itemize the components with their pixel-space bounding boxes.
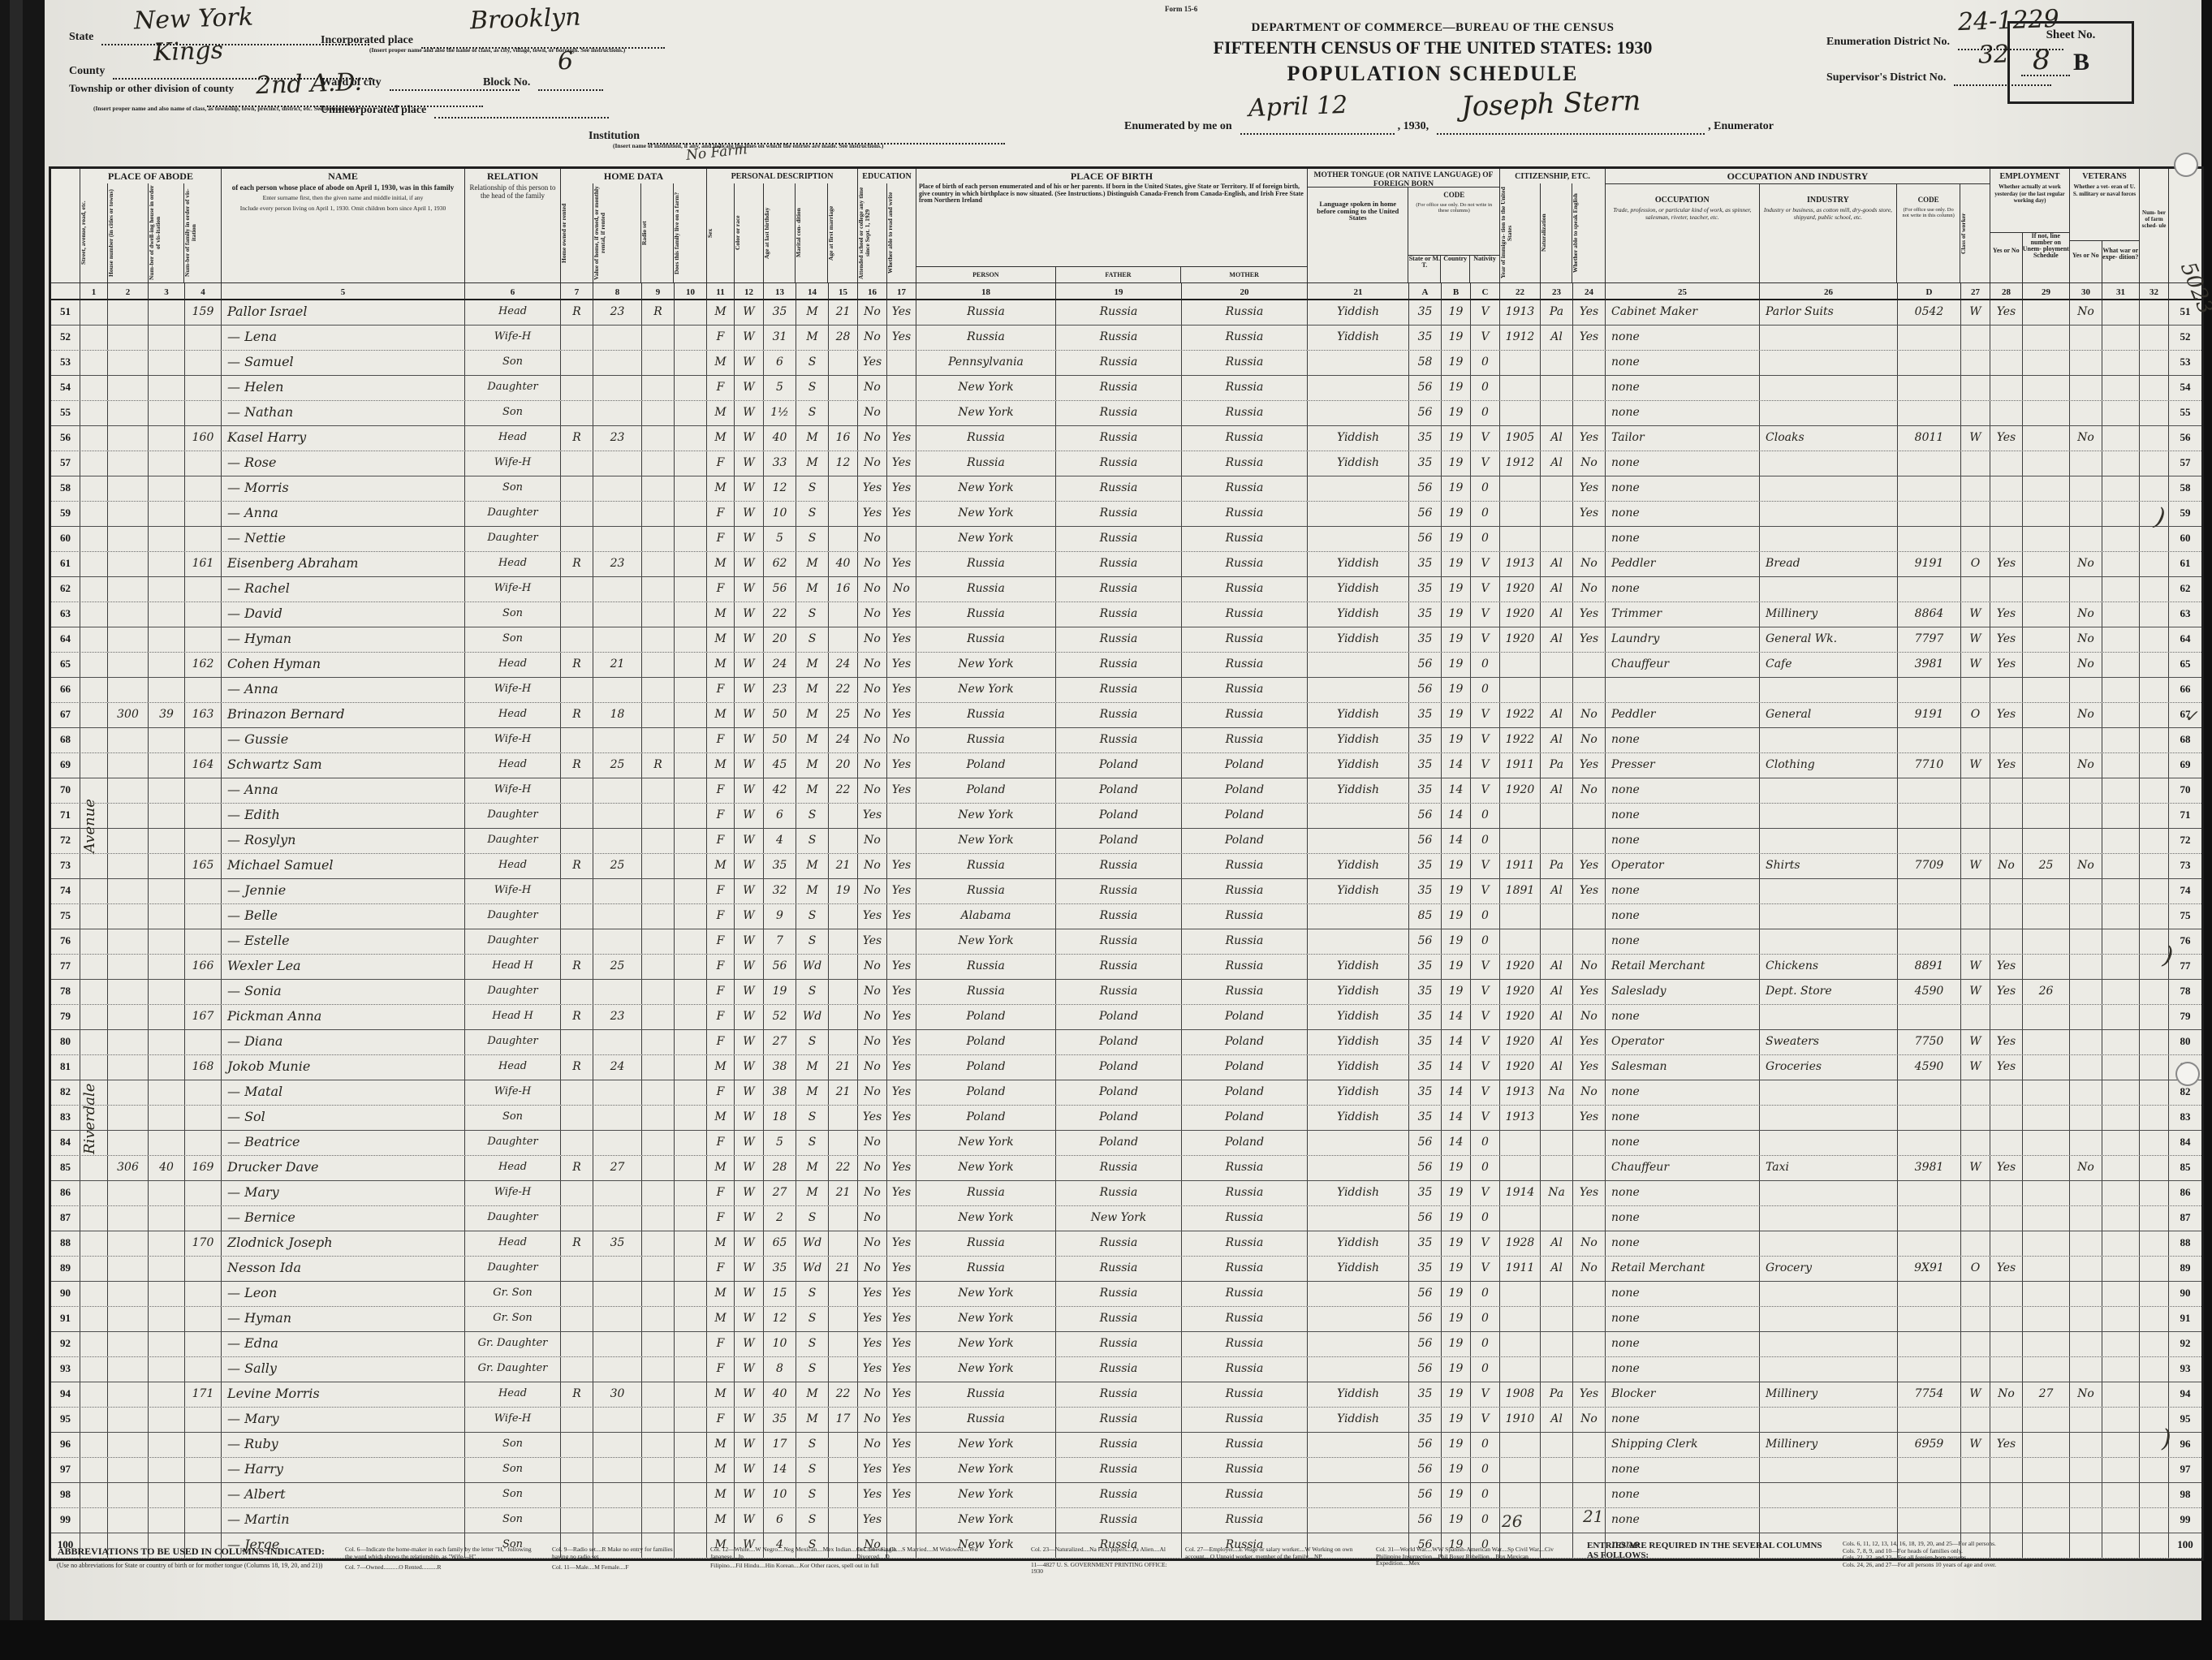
cell-r64-c21: Yiddish: [1308, 627, 1409, 652]
cell-r81-c8: 24: [593, 1055, 642, 1080]
cell-r51-c34: No: [2070, 300, 2102, 325]
cell-r60-c26: [1541, 527, 1573, 551]
cell-r99-c21: [1308, 1508, 1409, 1533]
cell-r85-c3: 40: [149, 1156, 185, 1180]
incorporated-value[interactable]: Brooklyn: [469, 3, 581, 36]
cell-r72-c26: [1541, 829, 1573, 853]
cell-r80-c17: Yes: [887, 1030, 916, 1054]
cell-r80-c2: [108, 1030, 149, 1054]
cell-r75-c12: W: [735, 904, 764, 929]
cell-r99-c4: [185, 1508, 222, 1533]
cell-r90-c11: M: [707, 1282, 735, 1306]
cell-r91-c27: [1573, 1307, 1606, 1331]
cell-r62-c29: [1760, 577, 1898, 601]
cell-r51-c12: W: [735, 300, 764, 325]
cell-r62-c33: [2023, 577, 2070, 601]
cell-r83-c4: [185, 1106, 222, 1130]
cell-r90-c19: Russia: [1056, 1282, 1182, 1306]
cell-r94-c36: [2140, 1382, 2169, 1407]
cell-r51-c4: 159: [185, 300, 222, 325]
cell-r72-c2: [108, 829, 149, 853]
cell-r58-c7: [561, 476, 593, 501]
cell-r58-c14: S: [796, 476, 829, 501]
cell-r92-c31: [1961, 1332, 1990, 1356]
cell-r68-c20: Russia: [1182, 728, 1308, 752]
cell-r65-c24: 0: [1471, 653, 1500, 677]
cell-r59-c26: [1541, 502, 1573, 526]
county-value[interactable]: Kings: [153, 37, 224, 67]
cell-r89-c27: No: [1573, 1257, 1606, 1281]
cell-r69-c33: [2023, 753, 2070, 778]
entries-note4: Cols. 24, 26, and 27—For all persons 10 …: [1843, 1562, 2208, 1569]
cell-r68-c7: [561, 728, 593, 752]
cell-r73-c9: [642, 854, 675, 878]
cell-r62-c2: [108, 577, 149, 601]
cell-r75-c10: [675, 904, 707, 929]
cell-r83-c17: Yes: [887, 1106, 916, 1130]
cell-r59-c16: Yes: [858, 502, 887, 526]
cell-r90-c1: [80, 1282, 108, 1306]
cell-r94-c33: 27: [2023, 1382, 2070, 1407]
cell-r80-c14: S: [796, 1030, 829, 1054]
cell-r62-c3: [149, 577, 185, 601]
cell-r91-c22: 56: [1409, 1307, 1442, 1331]
cell-r62-c8: [593, 577, 642, 601]
cell-r72-c29: [1760, 829, 1898, 853]
cell-r71-c14: S: [796, 804, 829, 828]
cell-r88-c3: [149, 1231, 185, 1256]
col-tongue-code: CODE (For office use only. Do not write …: [1408, 188, 1499, 282]
cell-r96-c10: [675, 1433, 707, 1457]
cell-r66-c0: 66: [51, 678, 80, 702]
cell-r99-c22: 56: [1409, 1508, 1442, 1533]
cell-r73-c23: 19: [1442, 854, 1471, 878]
cell-r99-c13: 6: [764, 1508, 796, 1533]
cell-r53-c20: Russia: [1182, 351, 1308, 375]
table-row: 79167Pickman AnnaHead HR23FW52WdNoYesPol…: [51, 1005, 2201, 1030]
cell-r70-c24: V: [1471, 778, 1500, 803]
cell-r74-c17: Yes: [887, 879, 916, 903]
cell-r72-c34: [2070, 829, 2102, 853]
cell-r53-c18: Pennsylvania: [916, 351, 1056, 375]
cell-r60-c0: 60: [51, 527, 80, 551]
cell-r87-c11: F: [707, 1206, 735, 1231]
cell-r89-c8: [593, 1257, 642, 1281]
cell-r53-c32: [1990, 351, 2023, 375]
cell-r63-c1: [80, 602, 108, 627]
cell-r77-c0: 77: [51, 955, 80, 979]
cell-r88-c21: Yiddish: [1308, 1231, 1409, 1256]
cell-r91-c7: [561, 1307, 593, 1331]
cell-r62-c24: V: [1471, 577, 1500, 601]
cell-r88-c15: [829, 1231, 858, 1256]
cell-r62-c22: 35: [1409, 577, 1442, 601]
column-number-row: 123456789101112131415161718192021ABC2223…: [51, 282, 2201, 300]
cell-r81-c35: [2102, 1055, 2140, 1080]
cell-r54-c0: 54: [51, 376, 80, 400]
cell-r84-c29: [1760, 1131, 1898, 1155]
cell-r51-c29: Parlor Suits: [1760, 300, 1898, 325]
cell-r67-c10: [675, 703, 707, 727]
cell-r54-c37: 54: [2169, 376, 2201, 400]
cell-r62-c5: — Rachel: [222, 577, 465, 601]
cell-r75-c3: [149, 904, 185, 929]
block-value[interactable]: 6: [558, 47, 574, 76]
cell-r84-c3: [149, 1131, 185, 1155]
cell-r92-c13: 10: [764, 1332, 796, 1356]
cell-r77-c23: 19: [1442, 955, 1471, 979]
cell-r95-c4: [185, 1408, 222, 1432]
cell-r67-c0: 67: [51, 703, 80, 727]
cell-r87-c27: [1573, 1206, 1606, 1231]
cell-r91-c5: — Hyman: [222, 1307, 465, 1331]
cell-r74-c26: Al: [1541, 879, 1573, 903]
cell-r72-c4: [185, 829, 222, 853]
cell-r71-c3: [149, 804, 185, 828]
cell-r66-c37: 66: [2169, 678, 2201, 702]
print-code: 11—4827 U. S. GOVERNMENT PRINTING OFFICE…: [1031, 1562, 1169, 1576]
cell-r65-c15: 24: [829, 653, 858, 677]
cell-r70-c18: Poland: [916, 778, 1056, 803]
col-number-26: 26: [1760, 282, 1898, 300]
cell-r72-c27: [1573, 829, 1606, 853]
cell-r84-c16: No: [858, 1131, 887, 1155]
cell-r53-c15: [829, 351, 858, 375]
cell-r86-c36: [2140, 1181, 2169, 1205]
cell-r94-c23: 19: [1442, 1382, 1471, 1407]
cell-r53-c30: [1898, 351, 1961, 375]
cell-r93-c3: [149, 1357, 185, 1382]
col-code-c: Nativity: [1470, 255, 1499, 282]
col-number-30: 30: [2070, 282, 2102, 300]
cell-r60-c23: 19: [1442, 527, 1471, 551]
cell-r54-c4: [185, 376, 222, 400]
cell-r82-c26: Na: [1541, 1080, 1573, 1105]
cell-r69-c13: 45: [764, 753, 796, 778]
cell-r86-c5: — Mary: [222, 1181, 465, 1205]
cell-r59-c19: Russia: [1056, 502, 1182, 526]
cell-r81-c6: Head: [465, 1055, 561, 1080]
cell-r52-c7: [561, 326, 593, 350]
table-row: 96— RubySonMW17SNoYesNew YorkRussiaRussi…: [51, 1433, 2201, 1458]
cell-r90-c17: Yes: [887, 1282, 916, 1306]
cell-r86-c11: F: [707, 1181, 735, 1205]
cell-r84-c22: 56: [1409, 1131, 1442, 1155]
cell-r87-c8: [593, 1206, 642, 1231]
cell-r60-c3: [149, 527, 185, 551]
key-col9: Col. 9—Radio set....R Make no entry for …: [552, 1546, 690, 1560]
cell-r64-c11: M: [707, 627, 735, 652]
cell-r77-c4: 166: [185, 955, 222, 979]
cell-r86-c17: Yes: [887, 1181, 916, 1205]
cell-r90-c7: [561, 1282, 593, 1306]
cell-r89-c36: [2140, 1257, 2169, 1281]
cell-r61-c16: No: [858, 552, 887, 576]
cell-r64-c13: 20: [764, 627, 796, 652]
table-row: 69164Schwartz SamHeadR25RMW45M20NoYesPol…: [51, 753, 2201, 778]
cell-r83-c20: Poland: [1182, 1106, 1308, 1130]
cell-r97-c25: [1500, 1458, 1541, 1482]
cell-r66-c29: [1760, 678, 1898, 702]
cell-r97-c31: [1961, 1458, 1990, 1482]
cell-r86-c33: [2023, 1181, 2070, 1205]
state-value[interactable]: New York: [134, 2, 254, 35]
cell-r97-c10: [675, 1458, 707, 1482]
cell-r93-c0: 93: [51, 1357, 80, 1382]
cell-r96-c14: S: [796, 1433, 829, 1457]
cell-r70-c19: Poland: [1056, 778, 1182, 803]
col-number-7: 7: [561, 282, 593, 300]
table-row: 73165Michael SamuelHeadR25MW35M21NoYesRu…: [51, 854, 2201, 879]
cell-r82-c6: Wife-H: [465, 1080, 561, 1105]
cell-r70-c0: 70: [51, 778, 80, 803]
cell-r81-c33: [2023, 1055, 2070, 1080]
cell-r82-c4: [185, 1080, 222, 1105]
cell-r93-c37: 93: [2169, 1357, 2201, 1382]
cell-r63-c30: 8864: [1898, 602, 1961, 627]
cell-r96-c27: [1573, 1433, 1606, 1457]
key-col6: Col. 6—Indicate the home-maker in each f…: [345, 1546, 532, 1560]
cell-r99-c28: none: [1606, 1508, 1760, 1533]
cell-r82-c16: No: [858, 1080, 887, 1105]
cell-r86-c8: [593, 1181, 642, 1205]
cell-r87-c7: [561, 1206, 593, 1231]
cell-r55-c16: No: [858, 401, 887, 425]
cell-r93-c16: Yes: [858, 1357, 887, 1382]
cell-r93-c14: S: [796, 1357, 829, 1382]
cell-r56-c9: [642, 426, 675, 451]
cell-r65-c21: [1308, 653, 1409, 677]
cell-r76-c28: none: [1606, 929, 1760, 954]
footer-col27: Col. 27—Employer....E Wage or salary wor…: [1185, 1546, 1356, 1560]
cell-r80-c36: [2140, 1030, 2169, 1054]
cell-r56-c36: [2140, 426, 2169, 451]
cell-r95-c22: 35: [1409, 1408, 1442, 1432]
cell-r62-c9: [642, 577, 675, 601]
cell-r87-c12: W: [735, 1206, 764, 1231]
cell-r65-c13: 24: [764, 653, 796, 677]
cell-r72-c33: [2023, 829, 2070, 853]
cell-r79-c21: Yiddish: [1308, 1005, 1409, 1029]
cell-r65-c12: W: [735, 653, 764, 677]
cell-r60-c12: W: [735, 527, 764, 551]
col-number-11: 11: [707, 282, 735, 300]
cell-r98-c23: 19: [1442, 1483, 1471, 1507]
cell-r76-c34: [2070, 929, 2102, 954]
cell-r67-c32: Yes: [1990, 703, 2023, 727]
cell-r54-c36: [2140, 376, 2169, 400]
cell-r63-c9: [642, 602, 675, 627]
cell-r61-c24: V: [1471, 552, 1500, 576]
cell-r77-c32: Yes: [1990, 955, 2023, 979]
cell-r55-c28: none: [1606, 401, 1760, 425]
cell-r89-c23: 19: [1442, 1257, 1471, 1281]
enumerator-name[interactable]: Joseph Stern: [1460, 84, 1641, 123]
cell-r88-c2: [108, 1231, 149, 1256]
cell-r70-c32: [1990, 778, 2023, 803]
cell-r95-c0: 95: [51, 1408, 80, 1432]
cell-r64-c6: Son: [465, 627, 561, 652]
cell-r78-c8: [593, 980, 642, 1004]
cell-r96-c0: 96: [51, 1433, 80, 1457]
cell-r87-c17: [887, 1206, 916, 1231]
cell-r75-c31: [1961, 904, 1990, 929]
cell-r99-c37: 99: [2169, 1508, 2201, 1533]
cell-r68-c28: none: [1606, 728, 1760, 752]
cell-r97-c7: [561, 1458, 593, 1482]
cell-r74-c2: [108, 879, 149, 903]
cell-r85-c20: Russia: [1182, 1156, 1308, 1180]
cell-r59-c35: [2102, 502, 2140, 526]
cell-r56-c25: 1905: [1500, 426, 1541, 451]
cell-r77-c26: Al: [1541, 955, 1573, 979]
cell-r74-c4: [185, 879, 222, 903]
cell-r53-c13: 6: [764, 351, 796, 375]
cell-r77-c35: [2102, 955, 2140, 979]
cell-r94-c29: Millinery: [1760, 1382, 1898, 1407]
cell-r64-c5: — Hyman: [222, 627, 465, 652]
cell-r94-c27: Yes: [1573, 1382, 1606, 1407]
cell-r51-c1: [80, 300, 108, 325]
cell-r79-c36: [2140, 1005, 2169, 1029]
cell-r61-c12: W: [735, 552, 764, 576]
cell-r95-c8: [593, 1408, 642, 1432]
cell-r77-c34: [2070, 955, 2102, 979]
cell-r89-c24: V: [1471, 1257, 1500, 1281]
cell-r91-c13: 12: [764, 1307, 796, 1331]
cell-r56-c13: 40: [764, 426, 796, 451]
cell-r98-c36: [2140, 1483, 2169, 1507]
cell-r77-c6: Head H: [465, 955, 561, 979]
cell-r72-c23: 14: [1442, 829, 1471, 853]
cell-r65-c20: Russia: [1182, 653, 1308, 677]
cell-r84-c25: [1500, 1131, 1541, 1155]
cell-r96-c28: Shipping Clerk: [1606, 1433, 1760, 1457]
cell-r79-c16: No: [858, 1005, 887, 1029]
cell-r82-c34: [2070, 1080, 2102, 1105]
cell-r81-c29: Groceries: [1760, 1055, 1898, 1080]
table-row: 71— EdithDaughterFW6SYesNew YorkPolandPo…: [51, 804, 2201, 829]
cell-r86-c0: 86: [51, 1181, 80, 1205]
cell-r90-c4: [185, 1282, 222, 1306]
cell-r67-c5: Brinazon Bernard: [222, 703, 465, 727]
cell-r98-c20: Russia: [1182, 1483, 1308, 1507]
supervisor-district-value[interactable]: 32: [1978, 40, 2010, 69]
cell-r99-c20: Russia: [1182, 1508, 1308, 1533]
cell-r98-c19: Russia: [1056, 1483, 1182, 1507]
cell-r63-c15: [829, 602, 858, 627]
cell-r99-c35: [2102, 1508, 2140, 1533]
cell-r69-c29: Clothing: [1760, 753, 1898, 778]
cell-r84-c17: [887, 1131, 916, 1155]
cell-r82-c12: W: [735, 1080, 764, 1105]
col-speaks-english: Whether able to speak English: [1572, 183, 1605, 282]
cell-r86-c10: [675, 1181, 707, 1205]
cell-r60-c14: S: [796, 527, 829, 551]
cell-r86-c30: [1898, 1181, 1961, 1205]
cell-r91-c34: [2070, 1307, 2102, 1331]
cell-r91-c14: S: [796, 1307, 829, 1331]
cell-r99-c33: [2023, 1508, 2070, 1533]
cell-r77-c24: V: [1471, 955, 1500, 979]
cell-r58-c33: [2023, 476, 2070, 501]
cell-r62-c14: M: [796, 577, 829, 601]
cell-r79-c5: Pickman Anna: [222, 1005, 465, 1029]
cell-r90-c12: W: [735, 1282, 764, 1306]
cell-r63-c22: 35: [1409, 602, 1442, 627]
cell-r85-c16: No: [858, 1156, 887, 1180]
cell-r84-c2: [108, 1131, 149, 1155]
cell-r51-c0: 51: [51, 300, 80, 325]
cell-r73-c5: Michael Samuel: [222, 854, 465, 878]
cell-r54-c2: [108, 376, 149, 400]
cell-r89-c22: 35: [1409, 1257, 1442, 1281]
cell-r57-c22: 35: [1409, 451, 1442, 476]
cell-r72-c13: 4: [764, 829, 796, 853]
cell-r79-c22: 35: [1409, 1005, 1442, 1029]
incorporated-label: Incorporated place: [321, 34, 413, 46]
cell-r82-c9: [642, 1080, 675, 1105]
cell-r64-c34: No: [2070, 627, 2102, 652]
cell-r56-c0: 56: [51, 426, 80, 451]
cell-r59-c22: 56: [1409, 502, 1442, 526]
margin-check: ✓: [2184, 706, 2198, 726]
group-mother-tongue: MOTHER TONGUE (OR NATIVE LANGUAGE) OF FO…: [1308, 169, 1500, 282]
cell-r64-c16: No: [858, 627, 887, 652]
cell-r56-c11: M: [707, 426, 735, 451]
cell-r69-c21: Yiddish: [1308, 753, 1409, 778]
cell-r66-c30: [1898, 678, 1961, 702]
cell-r95-c37: 95: [2169, 1408, 2201, 1432]
sheet-value[interactable]: 8: [2033, 44, 2050, 76]
cell-r68-c14: M: [796, 728, 829, 752]
cell-r63-c32: Yes: [1990, 602, 2023, 627]
cell-r70-c35: [2102, 778, 2140, 803]
cell-r93-c12: W: [735, 1357, 764, 1382]
pen-mark-3: ): [2162, 1425, 2171, 1453]
cell-r55-c4: [185, 401, 222, 425]
cell-r59-c37: 59: [2169, 502, 2201, 526]
cell-r55-c7: [561, 401, 593, 425]
col-occupation: OCCUPATION Trade, profession, or particu…: [1606, 184, 1760, 282]
cell-r65-c28: Chauffeur: [1606, 653, 1760, 677]
cell-r89-c37: 89: [2169, 1257, 2201, 1281]
cell-r81-c31: W: [1961, 1055, 1990, 1080]
cell-r70-c33: [2023, 778, 2070, 803]
cell-r94-c2: [108, 1382, 149, 1407]
cell-r78-c16: No: [858, 980, 887, 1004]
enumerated-date[interactable]: April 12: [1248, 91, 1347, 123]
cell-r63-c29: Millinery: [1760, 602, 1898, 627]
cell-r54-c27: [1573, 376, 1606, 400]
cell-r65-c22: 56: [1409, 653, 1442, 677]
cell-r97-c34: [2070, 1458, 2102, 1482]
cell-r79-c30: [1898, 1005, 1961, 1029]
cell-r52-c1: [80, 326, 108, 350]
cell-r64-c20: Russia: [1182, 627, 1308, 652]
cell-r75-c2: [108, 904, 149, 929]
cell-r87-c15: [829, 1206, 858, 1231]
cell-r53-c27: [1573, 351, 1606, 375]
cell-r92-c0: 92: [51, 1332, 80, 1356]
cell-r70-c10: [675, 778, 707, 803]
cell-r96-c8: [593, 1433, 642, 1457]
cell-r99-c1: [80, 1508, 108, 1533]
cell-r73-c18: Russia: [916, 854, 1056, 878]
cell-r53-c24: 0: [1471, 351, 1500, 375]
cell-r89-c34: [2070, 1257, 2102, 1281]
cell-r69-c8: 25: [593, 753, 642, 778]
